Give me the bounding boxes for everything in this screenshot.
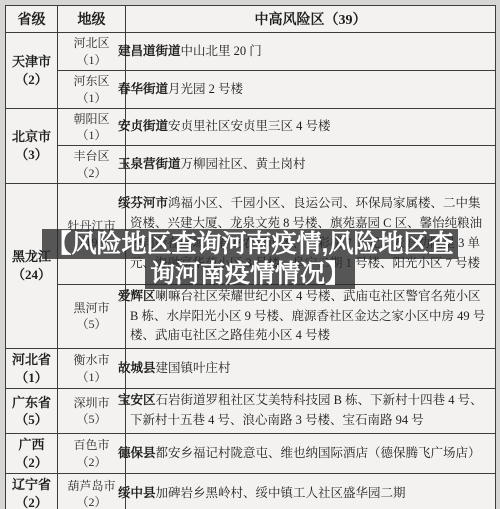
- city-count: （2）: [62, 165, 121, 181]
- city-cell-heihe: 黑河市 （5）: [58, 284, 126, 348]
- table-row: 天津市 （2） 河北区 （1） 建昌道街道中山北里 20 门: [6, 33, 496, 71]
- province-name: 辽宁省: [10, 476, 53, 494]
- city-cell-baise: 百色市 （2）: [58, 434, 126, 474]
- province-count: （2）: [10, 71, 53, 89]
- city-count: （5）: [62, 411, 121, 427]
- table-row: 河东区 （1） 春华街道月光园 2 号楼: [6, 71, 496, 109]
- risk-cell: 德保县都安乡福记村陇意屯、维也纳国际酒店（德保腾飞广场店）: [126, 434, 496, 474]
- city-cell-fengtaiqu: 丰台区 （2）: [58, 146, 126, 183]
- province-name: 黑龙江: [10, 248, 53, 266]
- risk-cell: 春华街道月光园 2 号楼: [126, 71, 496, 109]
- table-row: 北京市 （3） 朝阳区 （1） 安贞街道安贞里社区安贞里三区 4 号楼: [6, 109, 496, 146]
- city-name: 衡水市: [62, 352, 121, 368]
- risk-detail: 鸿福小区、千园小区、良运公司、环保局家属楼、二中集资楼、兴建大厦、龙泉文苑 8 …: [130, 196, 482, 269]
- table-row: 河北省 （1） 衡水市 （1） 故城县建国镇叶庄村: [6, 349, 496, 389]
- province-cell-tianjin: 天津市 （2）: [6, 33, 58, 109]
- province-count: （24）: [10, 266, 53, 284]
- risk-cell: 宝安区石岩街道罗租社区艾美特科技园 B 栋、下新村十四巷 4 号、下新村十五巷 …: [126, 389, 496, 434]
- province-cell-guangdong: 广东省 （5）: [6, 389, 58, 434]
- risk-lead: 宝安区: [118, 393, 156, 407]
- city-cell-huludao: 葫芦岛市 （2）: [58, 474, 126, 509]
- city-cell-mudanjiang: 牡丹江市 （19）: [58, 183, 126, 284]
- city-cell-shenzhen: 深圳市 （5）: [58, 389, 126, 434]
- risk-detail: 石岩街道罗租社区艾美特科技园 B 栋、下新村十四巷 4 号、下新村十五巷 4 号…: [130, 393, 483, 427]
- table-row: 黑河市 （5） 爱辉区喇嘛台社区荣耀世纪小区 4 号楼、武庙屯社区警官名苑小区 …: [6, 284, 496, 348]
- table-row: 黑龙江 （24） 牡丹江市 （19） 绥芬河市鸿福小区、千园小区、良运公司、环保…: [6, 183, 496, 284]
- risk-lead: 建昌道街道: [118, 44, 181, 58]
- risk-detail: 都安乡福记村陇意屯、维也纳国际酒店（德保腾飞广场店）: [156, 446, 481, 460]
- table-row: 丰台区 （2） 玉泉营街道万柳园社区、黄土岗村: [6, 146, 496, 183]
- city-cell-hengshui: 衡水市 （1）: [58, 349, 126, 389]
- risk-cell: 爱辉区喇嘛台社区荣耀世纪小区 4 号楼、武庙屯社区警官名苑小区 B 栋、水岸阳光…: [126, 284, 496, 348]
- province-name: 河北省: [10, 351, 53, 369]
- city-name: 葫芦岛市: [62, 478, 121, 494]
- risk-cell: 绥中县加碑岩乡黑岭村、绥中镇工人社区盛华园二期: [126, 474, 496, 509]
- risk-detail: 喇嘛台社区荣耀世纪小区 4 号楼、武庙屯社区警官名苑小区 B 栋、水岸阳光小区 …: [130, 289, 485, 343]
- header-risk: 中高风险区（39）: [126, 6, 496, 33]
- table-row: 辽宁省 （2） 葫芦岛市 （2） 绥中县加碑岩乡黑岭村、绥中镇工人社区盛华园二期: [6, 474, 496, 509]
- header-province: 省级: [6, 6, 58, 33]
- risk-lead: 安贞街道: [118, 119, 168, 133]
- risk-cell: 安贞街道安贞里社区安贞里三区 4 号楼: [126, 109, 496, 146]
- province-cell-beijing: 北京市 （3）: [6, 109, 58, 184]
- city-name: 牡丹江市: [62, 218, 121, 234]
- province-name: 广西（2）: [10, 436, 53, 471]
- city-count: （1）: [62, 127, 121, 143]
- province-cell-guangxi: 广西（2）: [6, 434, 58, 474]
- risk-lead: 玉泉营街道: [118, 157, 181, 171]
- risk-detail: 加碑岩乡黑岭村、绥中镇工人社区盛华园二期: [156, 486, 406, 500]
- risk-cell: 建昌道街道中山北里 20 门: [126, 33, 496, 71]
- province-name: 广东省: [10, 394, 53, 412]
- risk-detail: 建国镇叶庄村: [156, 361, 231, 375]
- province-name: 北京市: [10, 128, 53, 146]
- province-cell-hebei: 河北省 （1）: [6, 349, 58, 389]
- province-name: 天津市: [10, 53, 53, 71]
- page: 省级 地级 中高风险区（39） 天津市 （2） 河北区 （1） 建昌道街道中山北…: [0, 0, 500, 509]
- risk-lead: 爱辉区: [118, 289, 156, 303]
- province-count: （5）: [10, 411, 53, 429]
- province-count: （3）: [10, 146, 53, 164]
- city-name: 河东区: [62, 73, 121, 89]
- city-name: 深圳市: [62, 395, 121, 411]
- province-cell-heilongjiang: 黑龙江 （24）: [6, 183, 58, 348]
- province-count: （1）: [10, 369, 53, 387]
- risk-detail: 月光园 2 号楼: [168, 82, 243, 96]
- city-count: （1）: [62, 90, 121, 106]
- header-city: 地级: [58, 6, 126, 33]
- risk-area-table: 省级 地级 中高风险区（39） 天津市 （2） 河北区 （1） 建昌道街道中山北…: [5, 5, 496, 509]
- risk-cell: 故城县建国镇叶庄村: [126, 349, 496, 389]
- city-cell-hedongqu: 河东区 （1）: [58, 71, 126, 109]
- city-name: 百色市: [62, 437, 121, 453]
- risk-lead: 春华街道: [118, 82, 168, 96]
- table-row: 广东省 （5） 深圳市 （5） 宝安区石岩街道罗租社区艾美特科技园 B 栋、下新…: [6, 389, 496, 434]
- risk-lead: 德保县: [118, 446, 156, 460]
- city-cell-chaoyangqu: 朝阳区 （1）: [58, 109, 126, 146]
- province-cell-liaoning: 辽宁省 （2）: [6, 474, 58, 509]
- city-count: （2）: [62, 454, 121, 470]
- risk-lead: 绥芬河市: [118, 196, 168, 210]
- city-count: （19）: [62, 234, 121, 250]
- risk-cell: 绥芬河市鸿福小区、千园小区、良运公司、环保局家属楼、二中集资楼、兴建大厦、龙泉文…: [126, 183, 496, 284]
- city-cell-hebeiqu: 河北区 （1）: [58, 33, 126, 71]
- city-name: 朝阳区: [62, 111, 121, 127]
- city-count: （1）: [62, 369, 121, 385]
- city-count: （2）: [62, 494, 121, 509]
- city-count: （1）: [62, 52, 121, 68]
- risk-detail: 万柳园社区、黄土岗村: [181, 157, 306, 171]
- risk-lead: 绥中县: [118, 486, 156, 500]
- city-count: （5）: [62, 316, 121, 332]
- city-name: 丰台区: [62, 148, 121, 164]
- risk-cell: 玉泉营街道万柳园社区、黄土岗村: [126, 146, 496, 183]
- risk-lead: 故城县: [118, 361, 156, 375]
- city-name: 河北区: [62, 35, 121, 51]
- city-name: 黑河市: [62, 300, 121, 316]
- table-row: 广西（2） 百色市 （2） 德保县都安乡福记村陇意屯、维也纳国际酒店（德保腾飞广…: [6, 434, 496, 474]
- risk-detail: 中山北里 20 门: [181, 44, 262, 58]
- table-header-row: 省级 地级 中高风险区（39）: [6, 6, 496, 33]
- province-count: （2）: [10, 494, 53, 509]
- risk-detail: 安贞里社区安贞里三区 4 号楼: [168, 119, 331, 133]
